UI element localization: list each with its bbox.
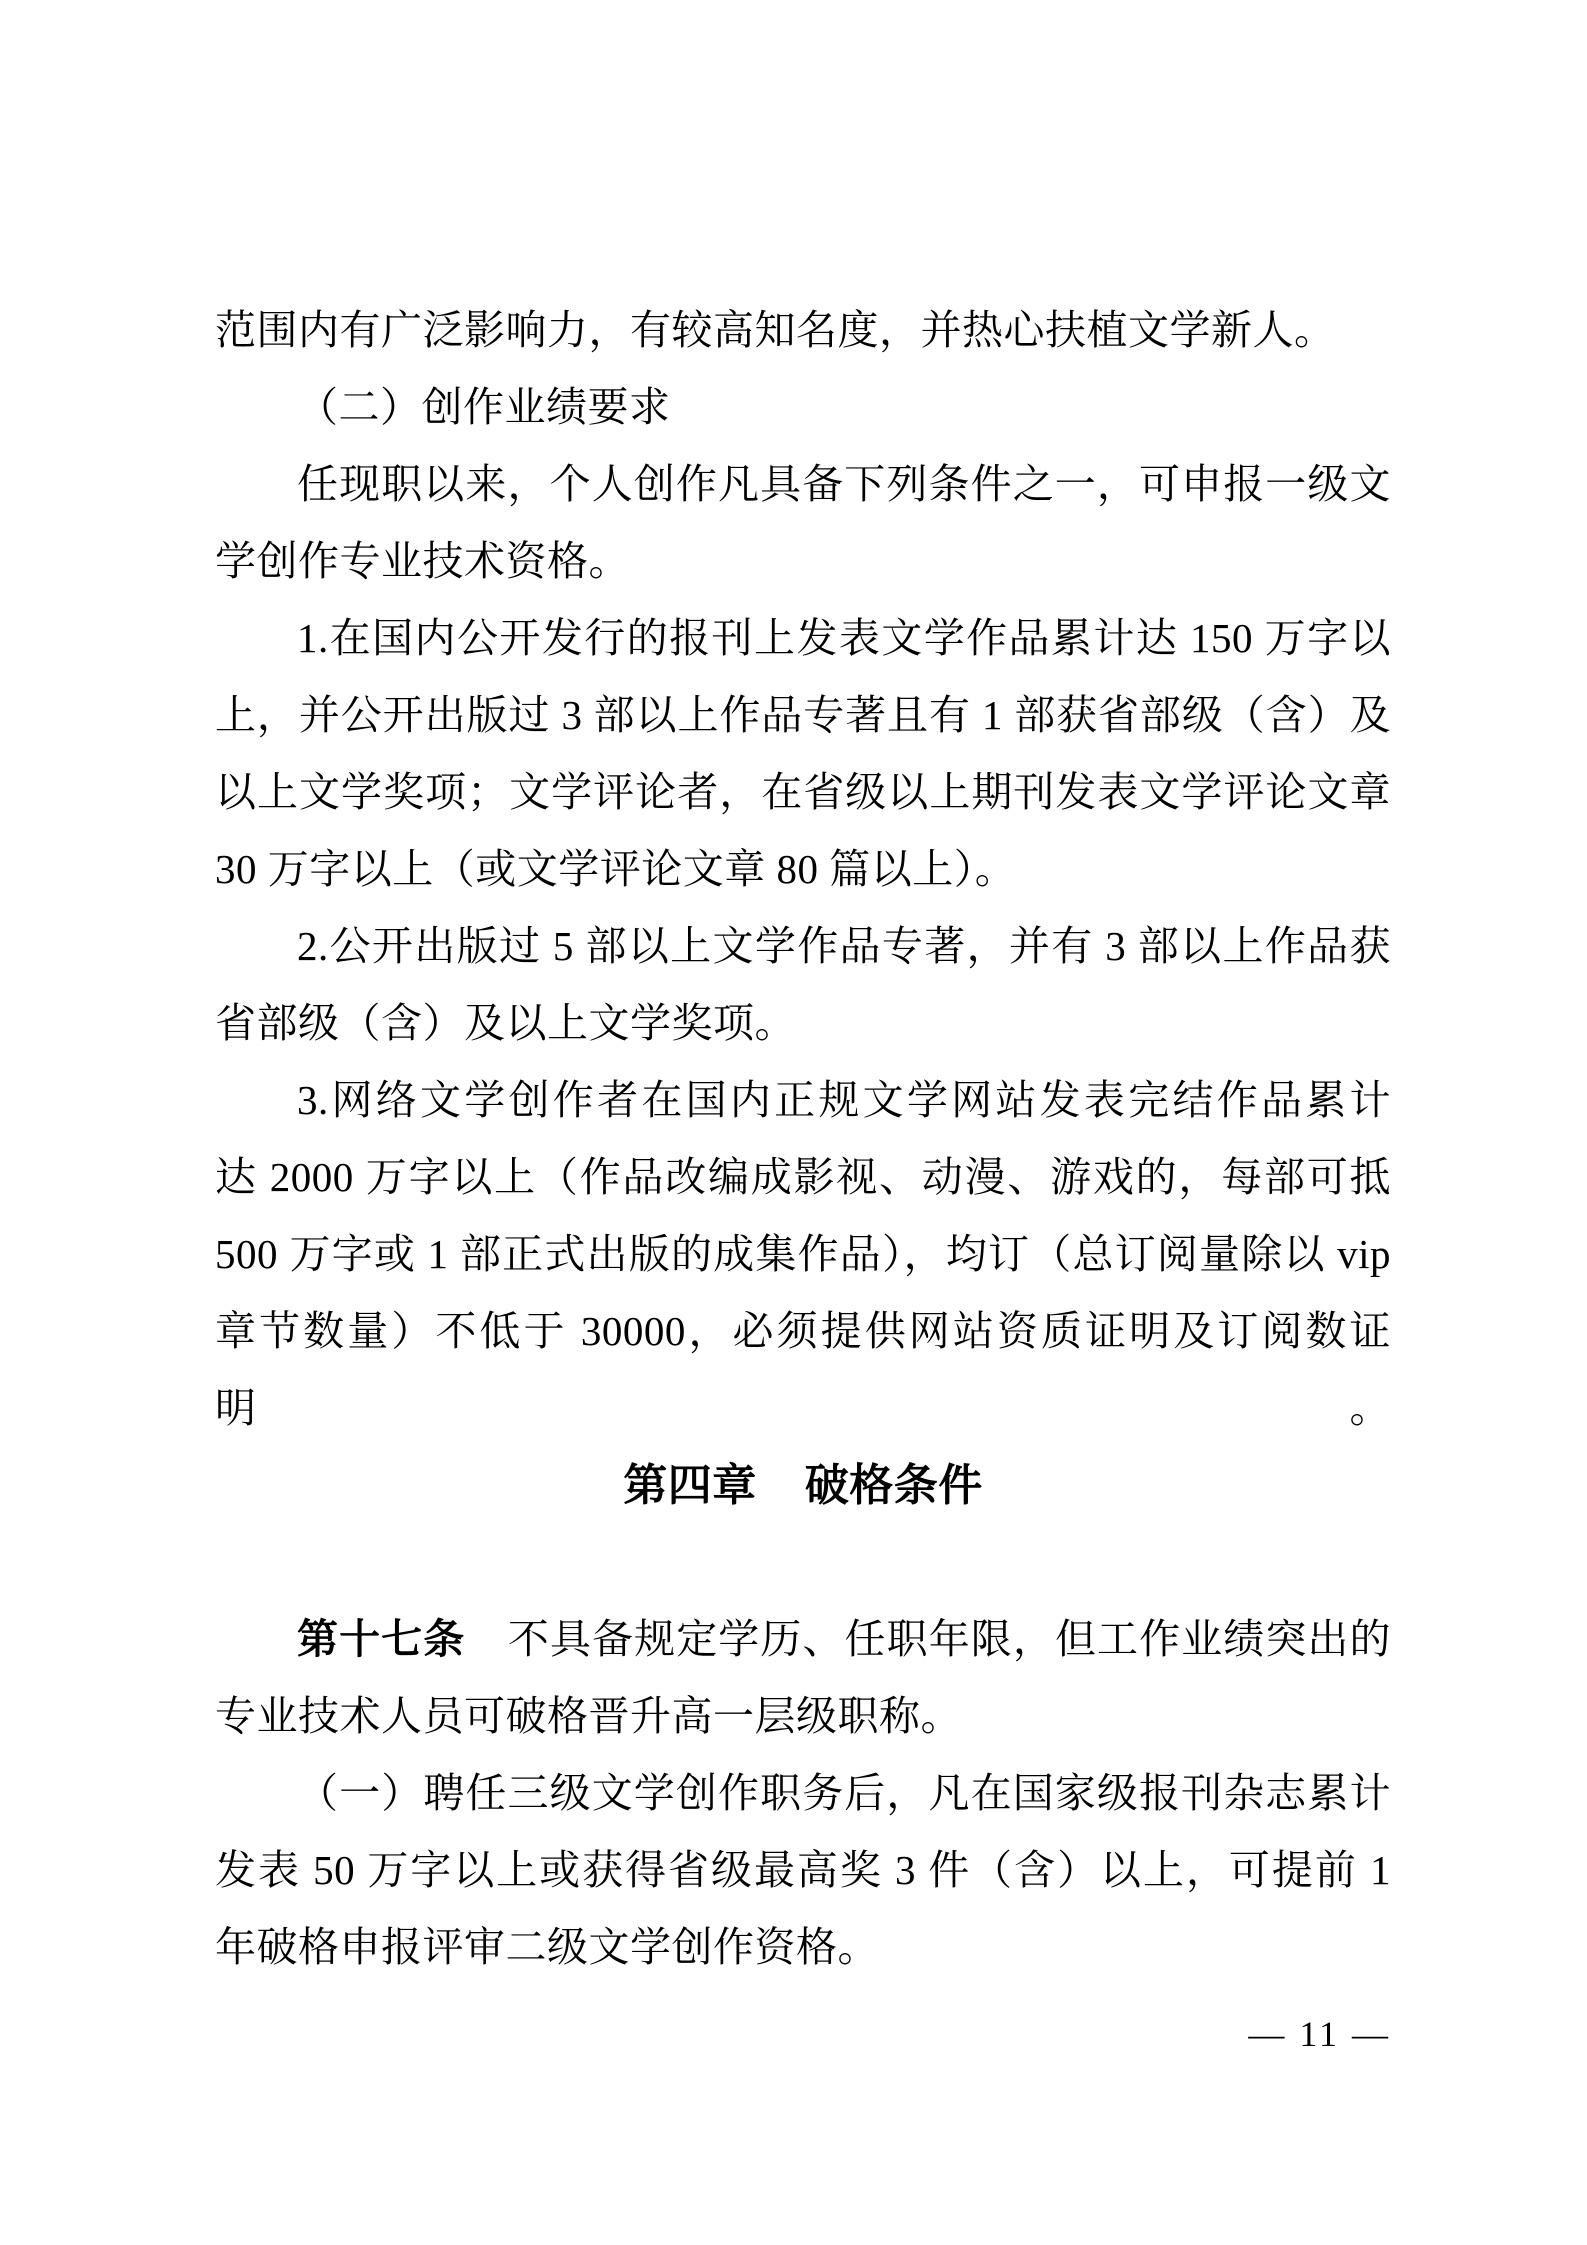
text-line: 学创作专业技术资格。 — [215, 523, 1391, 600]
text-line: （二）创作业绩要求 — [215, 369, 1391, 446]
text-line: 以上文学奖项；文学评论者，在省级以上期刊发表文学评论文章 — [215, 754, 1391, 831]
text-line: 专业技术人员可破格晋升高一层级职称。 — [215, 1678, 1391, 1755]
text-line: 范围内有广泛影响力，有较高知名度，并热心扶植文学新人。 — [215, 292, 1391, 369]
article-text: 不具备规定学历、任职年限，但工作业绩突出的 — [507, 1616, 1391, 1662]
text-line: 任现职以来，个人创作凡具备下列条件之一，可申报一级文 — [215, 446, 1391, 523]
text-line: 第十七条不具备规定学历、任职年限，但工作业绩突出的 — [215, 1601, 1391, 1678]
text-line: 500 万字或 1 部正式出版的成集作品），均订（总订阅量除以 vip — [215, 1216, 1391, 1293]
text-line: 发表 50 万字以上或获得省级最高奖 3 件（含）以上，可提前 1 — [215, 1832, 1391, 1909]
text-line: （一）聘任三级文学创作职务后，凡在国家级报刊杂志累计 — [215, 1755, 1391, 1832]
chapter-number: 第四章 — [623, 1461, 757, 1510]
document-body: 范围内有广泛影响力，有较高知名度，并热心扶植文学新人。（二）创作业绩要求任现职以… — [215, 292, 1391, 1986]
text-line: 1.在国内公开发行的报刊上发表文学作品累计达 150 万字以 — [215, 600, 1391, 677]
text-line: 达 2000 万字以上（作品改编成影视、动漫、游戏的，每部可抵 — [215, 1139, 1391, 1216]
chapter-heading: 第四章破格条件 — [215, 1447, 1391, 1524]
text-line: 2.公开出版过 5 部以上文学作品专著，并有 3 部以上作品获 — [215, 908, 1391, 985]
text-line: 章节数量）不低于 30000，必须提供网站资质证明及订阅数证明。 — [215, 1293, 1391, 1370]
text-line: 3.网络文学创作者在国内正规文学网站发表完结作品累计 — [215, 1062, 1391, 1139]
text-line: 省部级（含）及以上文学奖项。 — [215, 985, 1391, 1062]
document-page: 范围内有广泛影响力，有较高知名度，并热心扶植文学新人。（二）创作业绩要求任现职以… — [0, 0, 1587, 2245]
text-line: 年破格申报评审二级文学创作资格。 — [215, 1909, 1391, 1986]
chapter-title: 破格条件 — [805, 1461, 983, 1510]
article-number-lead: 第十七条 — [297, 1616, 465, 1662]
text-line: 30 万字以上（或文学评论文章 80 篇以上）。 — [215, 831, 1391, 908]
text-line: 上，并公开出版过 3 部以上作品专著且有 1 部获省部级（含）及 — [215, 677, 1391, 754]
page-number: — 11 — — [1248, 2012, 1391, 2056]
